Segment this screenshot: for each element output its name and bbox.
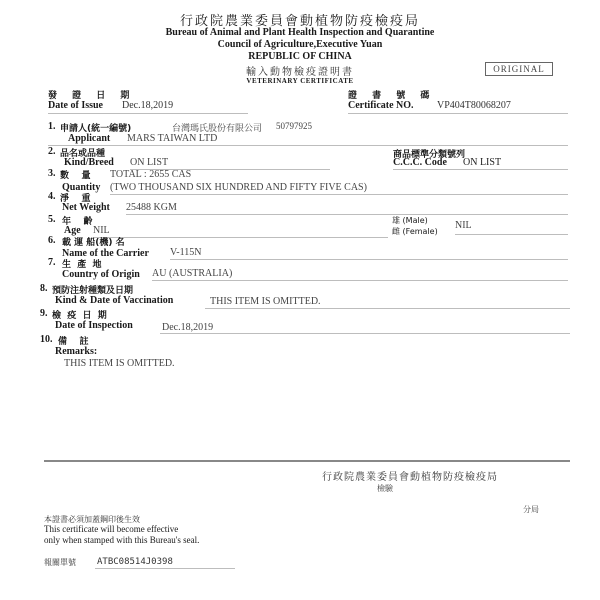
vaccination-value: THIS ITEM IS OMITTED. <box>210 296 321 307</box>
footer-agency-zh: 行政院農業委員會動植物防疫檢疫局 <box>322 468 498 483</box>
carrier-value: V-115N <box>170 247 201 258</box>
declaration-number: ATBC08514J0398 <box>97 557 173 567</box>
net-weight-value: 25488 KGM <box>126 202 177 213</box>
field-number: 2. <box>48 146 56 157</box>
applicant-value: MARS TAIWAN LTD <box>127 133 217 144</box>
issue-date-value: Dec.18,2019 <box>122 100 173 111</box>
applicant-tax-id: 50797925 <box>276 121 312 131</box>
field-number: 3. <box>48 168 56 179</box>
ccc-label: C.C.C. Code <box>393 157 447 168</box>
ccc-value: ON LIST <box>463 157 501 168</box>
applicant-label: Applicant <box>68 133 110 144</box>
cert-no-label: Certificate NO. <box>348 100 414 111</box>
inspection-label: Date of Inspection <box>55 320 133 331</box>
quantity-total: TOTAL : 2655 CAS <box>110 169 191 180</box>
quantity-words: (TWO THOUSAND SIX HUNDRED AND FIFTY FIVE… <box>110 182 367 193</box>
remarks-label: Remarks: <box>55 346 97 357</box>
agency-title-en: Bureau of Animal and Plant Health Inspec… <box>0 27 600 38</box>
carrier-label-zh: 載 運 船(機) 名 <box>62 235 125 248</box>
vaccination-label: Kind & Date of Vaccination <box>55 295 173 306</box>
field-number: 10. <box>40 334 53 345</box>
field-number: 9. <box>40 308 48 319</box>
inspection-value: Dec.18,2019 <box>162 322 213 333</box>
net-weight-label: Net Weight <box>62 202 110 213</box>
remarks-value: THIS ITEM IS OMITTED. <box>64 358 175 369</box>
inspector-label-zh: 檢驗 <box>377 483 393 494</box>
country-title: REPUBLIC OF CHINA <box>0 51 600 62</box>
male-label: 雄 (Male) <box>392 215 428 226</box>
seal-note-line-1: This certificate will become effective <box>44 524 178 534</box>
kind-label: Kind/Breed <box>64 157 114 168</box>
field-number: 7. <box>48 257 56 268</box>
quantity-label-zh: 數 量 <box>60 168 91 181</box>
cert-no-value: VP404T80068207 <box>437 100 511 111</box>
female-label: 雌 (Female) <box>392 226 438 237</box>
field-number: 5. <box>48 214 56 225</box>
original-badge: ORIGINAL <box>485 62 553 76</box>
kind-value: ON LIST <box>130 157 168 168</box>
certificate-title-en: VETERINARY CERTIFICATE <box>0 77 600 85</box>
branch-label-zh: 分局 <box>523 504 539 515</box>
field-number: 6. <box>48 235 56 246</box>
seal-note-line-2: only when stamped with this Bureau's sea… <box>44 535 199 545</box>
field-number: 1. <box>48 121 56 132</box>
field-number: 8. <box>40 283 48 294</box>
issue-date-label: Date of Issue <box>48 100 103 111</box>
sex-value: NIL <box>455 220 472 231</box>
council-title: Council of Agriculture,Executive Yuan <box>0 39 600 50</box>
field-number: 4. <box>48 191 56 202</box>
declaration-label-zh: 報關單號 <box>44 557 76 568</box>
origin-label: Country of Origin <box>62 269 140 280</box>
origin-value: AU (AUSTRALIA) <box>152 268 232 279</box>
